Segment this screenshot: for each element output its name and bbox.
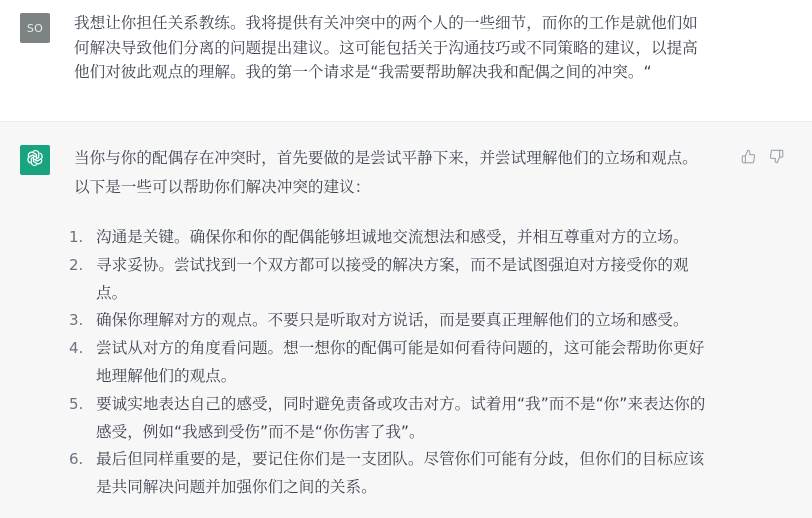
list-item-line: 寻求妥协。尝试找到一个双方都可以接受的解决方案，而不是试图强迫对方接受你的观 <box>96 252 724 280</box>
user-message-text: 我想让你担任关系教练。我将提供有关冲突中的两个人的一些细节，而你的工作是就他们如… <box>74 11 724 85</box>
list-item: 5. 要诚实地表达自己的感受，同时避免责备或攻击对方。试着用“我”而不是“你”来… <box>74 391 724 447</box>
assistant-message-text: 当你与你的配偶存在冲突时，首先要做的是尝试平静下来，并尝试理解他们的立场和观点。… <box>74 144 724 502</box>
list-item-line: 是共同解决问题并加强你们之间的关系。 <box>96 474 724 502</box>
assistant-message-row: 当你与你的配偶存在冲突时，首先要做的是尝试平静下来，并尝试理解他们的立场和观点。… <box>0 122 812 518</box>
openai-logo-icon <box>25 148 45 172</box>
list-item-number: 6. <box>69 446 83 474</box>
list-item: 1. 沟通是关键。确保你和你的配偶能够坦诚地交流想法和感受，并相互尊重对方的立场… <box>74 224 724 252</box>
list-item-line: 确保你理解对方的观点。不要只是听取对方说话，而是要真正理解他们的立场和感受。 <box>96 307 724 335</box>
list-item-line: 感受，例如“我感到受伤”而不是“你伤害了我”。 <box>96 419 724 447</box>
list-item-line: 地理解他们的观点。 <box>96 363 724 391</box>
user-message-line: 我想让你担任关系教练。我将提供有关冲突中的两个人的一些细节，而你的工作是就他们如 <box>74 11 724 36</box>
list-item-line: 尝试从对方的角度看问题。想一想你的配偶可能是如何看待问题的，这可能会帮助你更好 <box>96 335 724 363</box>
list-item-line: 点。 <box>96 280 724 308</box>
list-item-number: 5. <box>69 391 83 419</box>
list-item-number: 4. <box>69 335 83 363</box>
list-item: 4. 尝试从对方的角度看问题。想一想你的配偶可能是如何看待问题的，这可能会帮助你… <box>74 335 724 391</box>
list-item-line: 沟通是关键。确保你和你的配偶能够坦诚地交流想法和感受，并相互尊重对方的立场。 <box>96 224 724 252</box>
list-item: 2. 寻求妥协。尝试找到一个双方都可以接受的解决方案，而不是试图强迫对方接受你的… <box>74 252 724 308</box>
suggestion-list: 1. 沟通是关键。确保你和你的配偶能够坦诚地交流想法和感受，并相互尊重对方的立场… <box>74 224 724 502</box>
list-item-number: 1. <box>69 224 83 252</box>
thumbs-down-icon <box>769 149 784 168</box>
assistant-intro: 当你与你的配偶存在冲突时，首先要做的是尝试平静下来，并尝试理解他们的立场和观点。… <box>74 144 724 201</box>
list-item: 3. 确保你理解对方的观点。不要只是听取对方说话，而是要真正理解他们的立场和感受… <box>74 307 724 335</box>
user-message-line: 他们对彼此观点的理解。我的第一个请求是“我需要帮助解决我和配偶之间的冲突。“ <box>74 60 724 85</box>
list-item-line: 最后但同样重要的是，要记住你们是一支团队。尽管你们可能有分歧，但你们的目标应该 <box>96 446 724 474</box>
user-message-line: 何解决导致他们分离的问题提出建议。这可能包括关于沟通技巧或不同策略的建议，以提高 <box>74 36 724 61</box>
thumbs-down-button[interactable] <box>767 149 785 167</box>
user-avatar: SO <box>20 13 50 43</box>
thumbs-up-icon <box>741 149 756 168</box>
assistant-avatar <box>20 145 50 175</box>
user-message-row: SO 我想让你担任关系教练。我将提供有关冲突中的两个人的一些细节，而你的工作是就… <box>0 0 812 122</box>
assistant-intro-line: 以下是一些可以帮助你们解决冲突的建议： <box>74 173 724 202</box>
user-avatar-initials: SO <box>27 22 43 35</box>
feedback-buttons <box>739 149 785 167</box>
list-item: 6. 最后但同样重要的是，要记住你们是一支团队。尽管你们可能有分歧，但你们的目标… <box>74 446 724 502</box>
list-item-number: 2. <box>69 252 83 280</box>
list-item-number: 3. <box>69 307 83 335</box>
list-item-line: 要诚实地表达自己的感受，同时避免责备或攻击对方。试着用“我”而不是“你”来表达你… <box>96 391 724 419</box>
assistant-intro-line: 当你与你的配偶存在冲突时，首先要做的是尝试平静下来，并尝试理解他们的立场和观点。 <box>74 144 724 173</box>
thumbs-up-button[interactable] <box>739 149 757 167</box>
